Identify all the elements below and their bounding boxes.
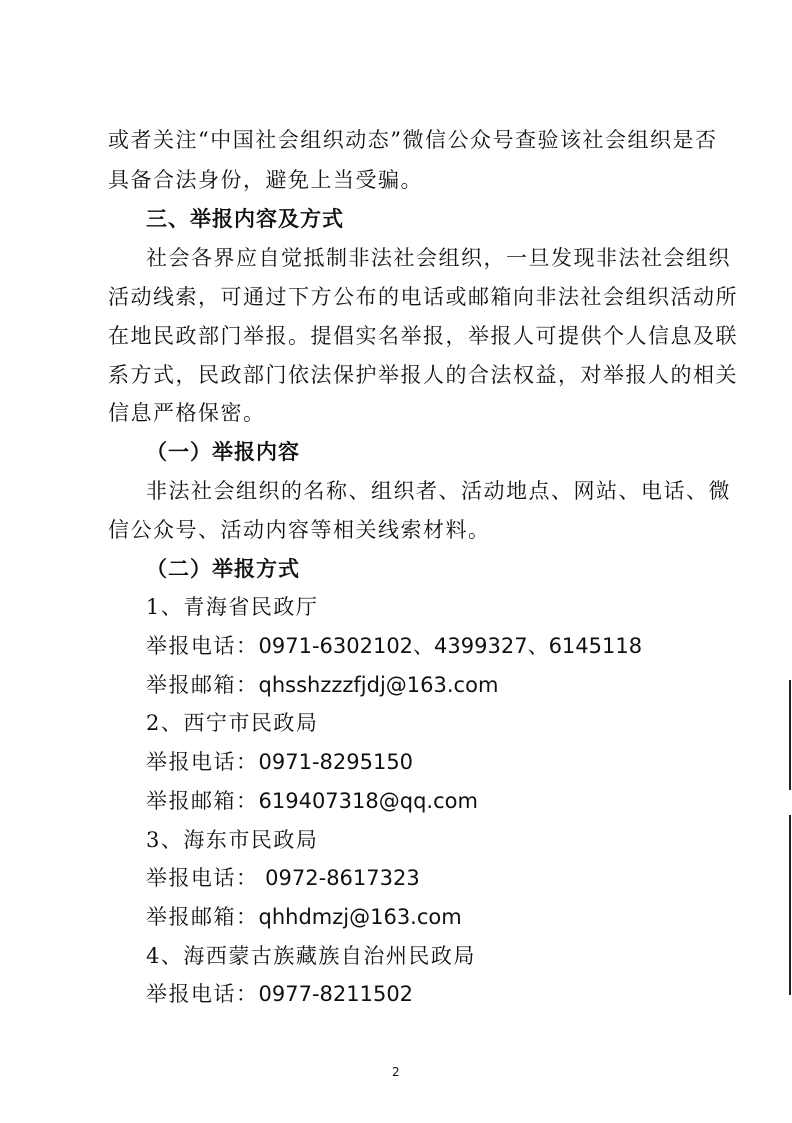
email-label: 举报邮箱： xyxy=(146,789,259,813)
phone-value: 0972-8617323 xyxy=(259,866,420,890)
paragraph-line: 具备合法身份，避免上当受骗。 xyxy=(108,170,423,191)
scan-edge-mark xyxy=(789,815,791,995)
subsection-heading: （一）举报内容 xyxy=(146,442,300,463)
phone-label: 举报电话： xyxy=(146,750,259,774)
subsection-heading: （二）举报方式 xyxy=(146,559,300,580)
phone-label: 举报电话： xyxy=(146,866,259,890)
email-value: qhhdmzj@163.com xyxy=(259,905,462,929)
paragraph-line: 信息严格保密。 xyxy=(108,403,266,424)
contact-email: 举报邮箱：619407318@qq.com xyxy=(146,791,478,812)
page-number: 2 xyxy=(392,1065,400,1079)
phone-label: 举报电话： xyxy=(146,982,259,1006)
document-page: 或者关注“中国社会组织动态”微信公众号查验该社会组织是否 具备合法身份，避免上当… xyxy=(0,0,792,1123)
phone-label: 举报电话： xyxy=(146,634,259,658)
contact-name: 2、西宁市民政局 xyxy=(146,713,318,734)
contact-name: 4、海西蒙古族藏族自治州民政局 xyxy=(146,946,476,967)
contact-name: 3、海东市民政局 xyxy=(146,830,318,851)
contact-phone: 举报电话：0971-6302102、4399327、6145118 xyxy=(146,636,642,657)
email-label: 举报邮箱： xyxy=(146,673,259,697)
contact-email: 举报邮箱：qhsshzzzfjdj@163.com xyxy=(146,675,498,696)
scan-edge-mark xyxy=(789,680,791,790)
paragraph-line: 信公众号、活动内容等相关线索材料。 xyxy=(108,520,491,541)
contact-phone: 举报电话： 0972-8617323 xyxy=(146,868,420,889)
contact-email: 举报邮箱：qhhdmzj@163.com xyxy=(146,907,462,928)
paragraph-line: 或者关注“中国社会组织动态”微信公众号查验该社会组织是否 xyxy=(108,130,717,151)
paragraph-line: 社会各界应自觉抵制非法社会组织，一旦发现非法社会组织 xyxy=(146,248,731,269)
email-label: 举报邮箱： xyxy=(146,905,259,929)
email-value: qhsshzzzfjdj@163.com xyxy=(259,673,499,697)
paragraph-line: 在地民政部门举报。提倡实名举报，举报人可提供个人信息及联 xyxy=(108,326,738,347)
contact-phone: 举报电话：0977-8211502 xyxy=(146,984,413,1005)
contact-name: 1、青海省民政厅 xyxy=(146,597,318,618)
phone-value: 0971-8295150 xyxy=(259,750,414,774)
section-heading: 三、举报内容及方式 xyxy=(146,209,344,230)
paragraph-line: 系方式，民政部门依法保护举报人的合法权益，对举报人的相关 xyxy=(108,365,738,386)
phone-value: 0977-8211502 xyxy=(259,982,414,1006)
phone-value: 0971-6302102、4399327、6145118 xyxy=(259,634,643,658)
paragraph-line: 非法社会组织的名称、组织者、活动地点、网站、电话、微 xyxy=(146,481,731,502)
contact-phone: 举报电话：0971-8295150 xyxy=(146,752,413,773)
paragraph-line: 活动线索，可通过下方公布的电话或邮箱向非法社会组织活动所 xyxy=(108,287,738,308)
email-value: 619407318@qq.com xyxy=(259,789,478,813)
